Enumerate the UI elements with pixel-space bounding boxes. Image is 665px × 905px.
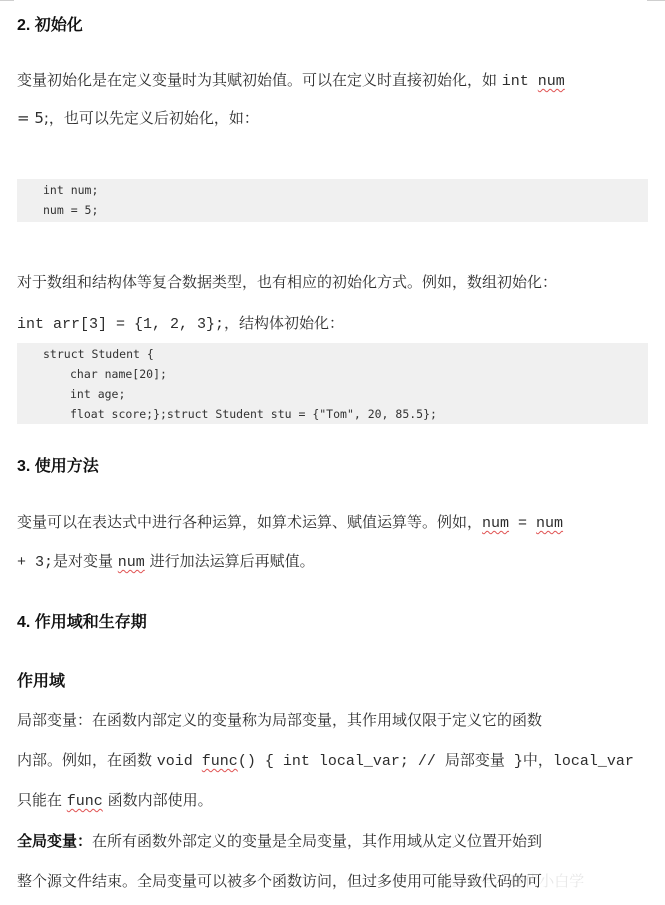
watermark: 公众号 · 现代小白学 [450,870,584,891]
compound-init-line-1: 对于数组和结构体等复合数据类型，也有相应的初始化方式。例如，数组初始化： [17,272,649,292]
init-paragraph-line-1: 变量初始化是在定义变量时为其赋初始值。可以在定义时直接初始化，如 int num [17,70,649,92]
local-var-line-3: 只能在 func 函数内部使用。 [17,790,649,812]
global-var-label: 全局变量： [17,832,92,850]
spellcheck-word: num [536,515,563,532]
code-line: num = 5; [17,200,648,220]
compound-init-line-2: int arr[3] = {1, 2, 3};，结构体初始化： [17,313,649,335]
heading-usage: 3. 使用方法 [17,453,99,476]
code-line: float score;};struct Student stu = {"Tom… [17,404,648,424]
spellcheck-word: num [118,554,145,571]
code-line: int num; [17,180,648,200]
usage-line-1: 变量可以在表达式中进行各种运算，如算术运算、赋值运算等。例如，num = num [17,512,649,534]
spellcheck-word: num [538,73,565,90]
local-var-line-1: 局部变量：在函数内部定义的变量称为局部变量，其作用域仅限于定义它的函数 [17,710,649,730]
code-block-struct: struct Student { char name[20]; int age;… [17,343,648,424]
code-line: int age; [17,384,648,404]
spellcheck-word: func [202,753,238,770]
init-paragraph-line-2: = 5;，也可以先定义后初始化，如： [17,108,649,128]
code-block-int-num: int num; num = 5; [17,179,648,222]
page-edge-mark [0,0,14,1]
heading-scope-lifetime: 4. 作用域和生存期 [17,609,147,632]
page-edge-mark [647,0,665,1]
code-line: char name[20]; [17,364,648,384]
heading-initialization: 2. 初始化 [17,12,83,35]
spellcheck-word: num [482,515,509,532]
subheading-scope: 作用域 [17,668,65,691]
code-line: struct Student { [17,344,648,364]
local-var-line-2: 内部。例如，在函数 void func() { int local_var; /… [17,750,649,772]
usage-line-2: + 3;是对变量 num 进行加法运算后再赋值。 [17,551,649,573]
spellcheck-word: func [67,793,103,810]
global-var-line-1: 全局变量：在所有函数外部定义的变量是全局变量，其作用域从定义位置开始到 [17,831,649,851]
